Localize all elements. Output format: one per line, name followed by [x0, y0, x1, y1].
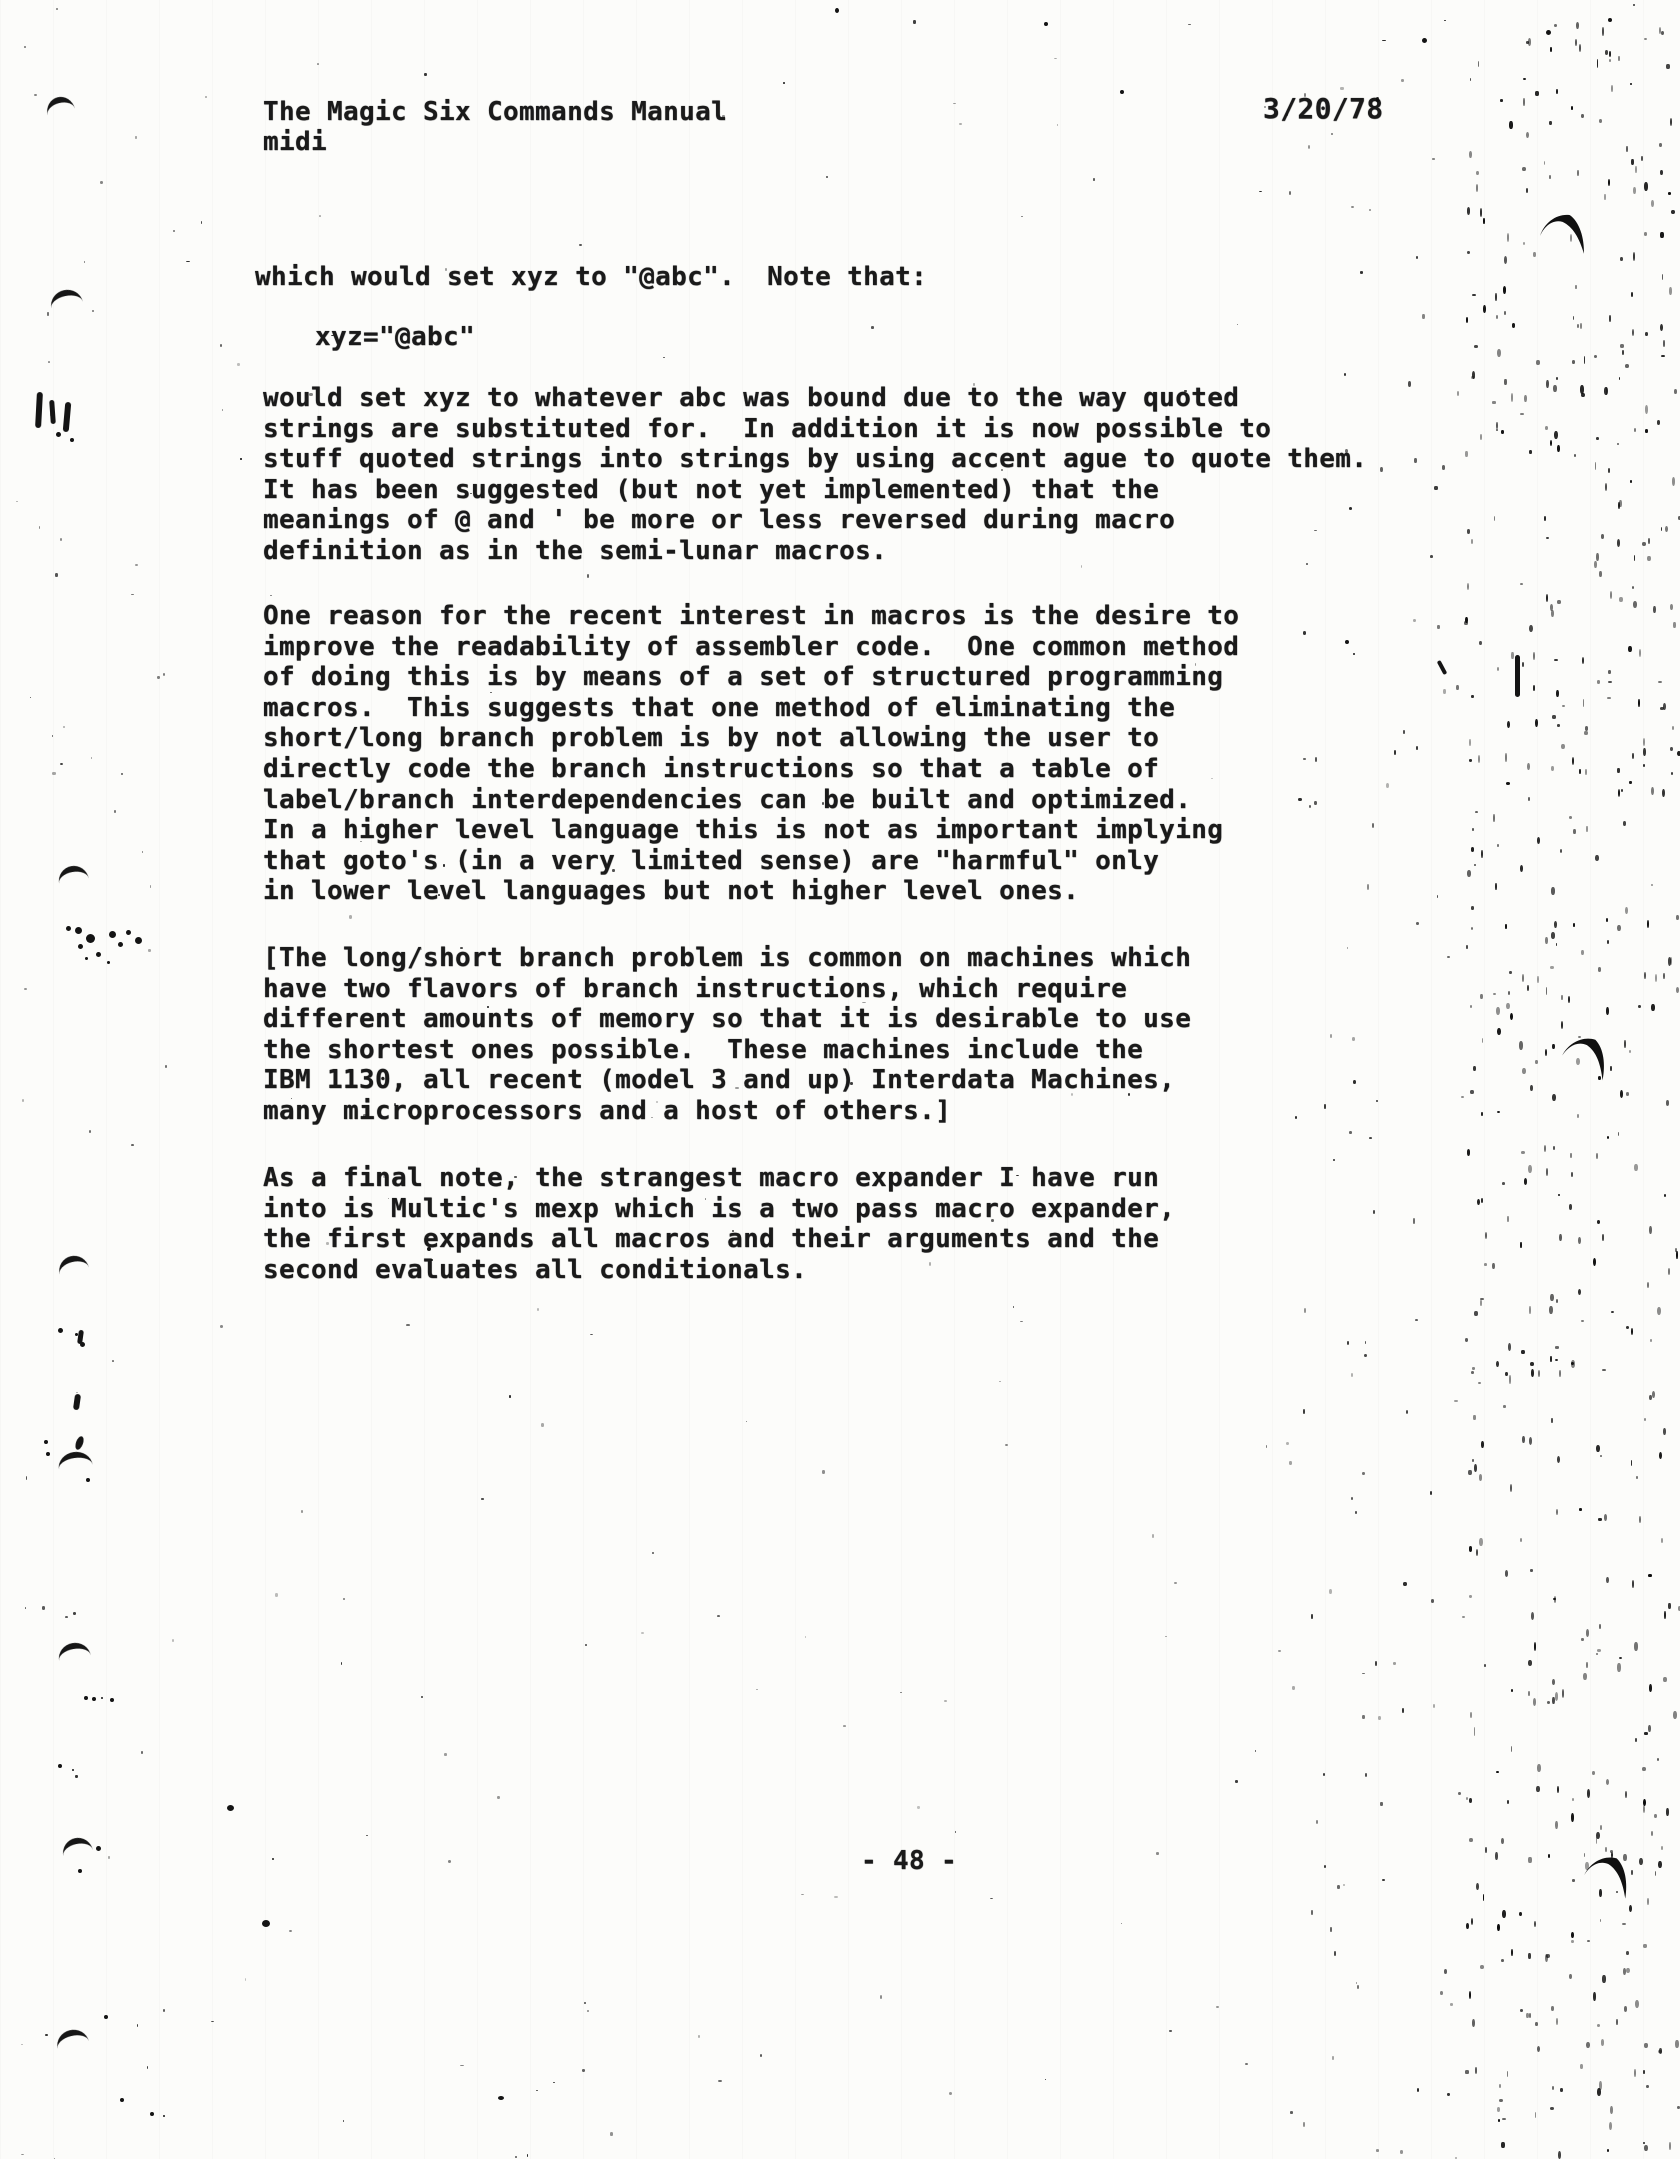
speckle-layer [0, 0, 1680, 2159]
scanned-document-page: The Magic Six Commands Manual midi 3/20/… [0, 0, 1680, 2159]
